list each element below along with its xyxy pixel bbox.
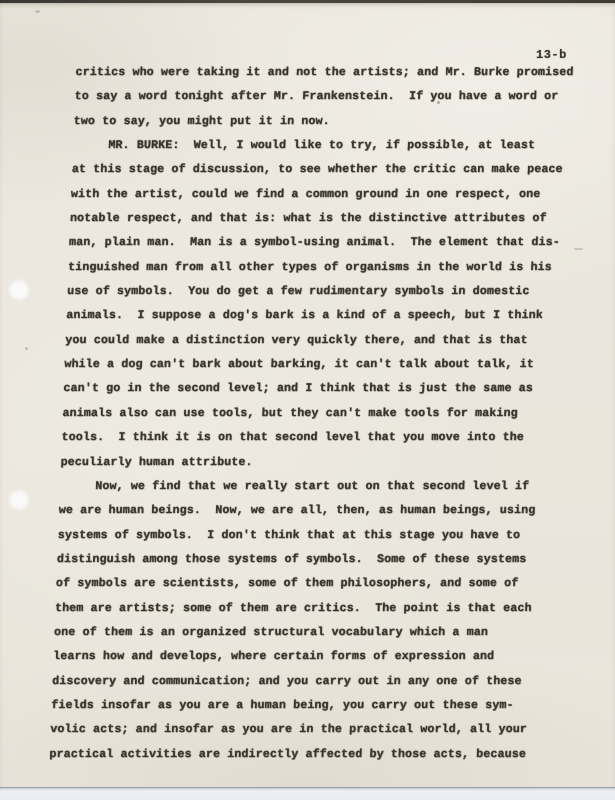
transcript-line: one of them is an organized structural v… [54, 620, 567, 644]
paper-speck [35, 10, 40, 13]
transcript-line: animals also can use tools, but they can… [62, 401, 575, 425]
transcript-line: tools. I think it is on that second leve… [61, 425, 574, 449]
transcript-line: discovery and communication; and you car… [52, 669, 565, 693]
transcript-line: man, plain man. Man is a symbol-using an… [69, 230, 582, 254]
scanner-edge-top [0, 0, 615, 3]
scanner-backing-bottom [0, 787, 615, 800]
transcript-line: volic acts; and insofar as you are in th… [50, 717, 563, 741]
transcript-line: of symbols are scientists, some of them … [55, 571, 568, 595]
transcript-line: practical activities are indirectly affe… [49, 742, 562, 766]
transcript-line: MR. BURKE: Well, I would like to try, if… [72, 133, 585, 157]
paper-speck [25, 347, 28, 350]
paper-speck [574, 248, 583, 250]
transcript-line: we are human beings. Now, we are all, th… [58, 498, 571, 522]
transcript-line: animals. I suppose a dog's bark is a kin… [66, 303, 579, 327]
transcript-line: distinguish among those systems of symbo… [56, 547, 569, 571]
transcript-line: while a dog can't bark about barking, it… [64, 352, 577, 376]
transcript-line: notable respect, and that is: what is th… [69, 206, 582, 230]
transcript-line: you could make a distinction very quickl… [65, 328, 578, 352]
transcript-line: use of symbols. You do get a few rudimen… [67, 279, 580, 303]
transcript-text: critics who were taking it and not the a… [49, 60, 588, 766]
transcript-line: them are artists; some of them are criti… [54, 596, 567, 620]
transcript-line: learns how and develops, where certain f… [53, 644, 566, 668]
transcript-line: Now, we find that we really start out on… [59, 474, 572, 498]
transcript-line: tinguished man from all other types of o… [68, 255, 581, 279]
transcript-line: two to say, you might put it in now. [73, 109, 586, 133]
transcript-line: critics who were taking it and not the a… [75, 60, 588, 84]
transcript-line: systems of symbols. I don't think that a… [57, 523, 570, 547]
document-page: 13-b critics who were taking it and not … [0, 2, 615, 787]
transcript-line: peculiarly human attribute. [60, 450, 573, 474]
punch-hole [8, 489, 30, 511]
transcript-line: to say a word tonight after Mr. Frankens… [74, 84, 587, 108]
punch-hole [8, 279, 30, 301]
paper-speck [437, 101, 440, 104]
transcript-line: fields insofar as you are a human being,… [51, 693, 564, 717]
transcript-line: with the artist, could we find a common … [70, 182, 583, 206]
transcript-line: can't go in the second level; and I thin… [63, 376, 576, 400]
transcript-line: at this stage of discussion, to see whet… [71, 157, 584, 181]
